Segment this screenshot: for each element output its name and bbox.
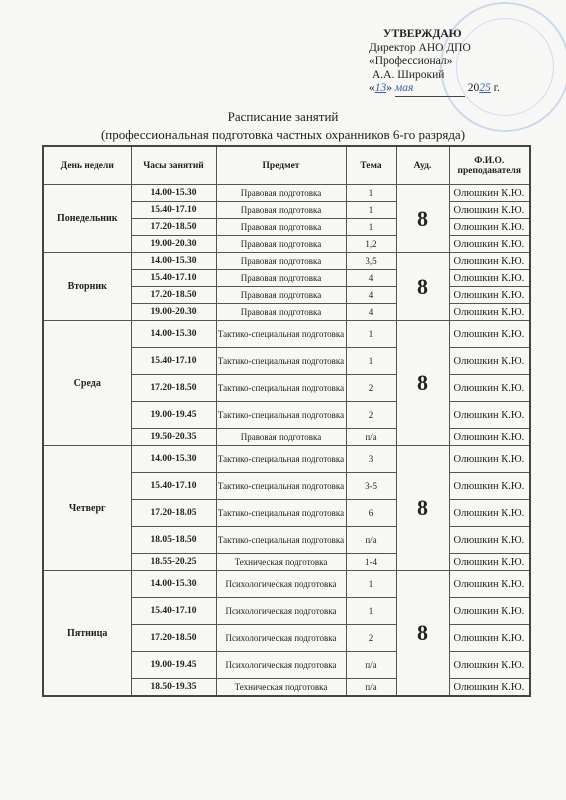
topic-cell: 1: [346, 321, 396, 348]
time-cell: 17.20-18.50: [131, 219, 216, 236]
teacher-cell: Олюшкин К.Ю.: [449, 304, 530, 321]
topic-cell: 2: [346, 402, 396, 429]
subject-cell: Тактико-специальная подготовка: [216, 348, 346, 375]
teacher-cell: Олюшкин К.Ю.: [449, 185, 530, 202]
time-cell: 18.50-19.35: [131, 679, 216, 697]
approval-block: УТВЕРЖДАЮ Директор АНО ДПО «Профессионал…: [369, 28, 500, 97]
topic-cell: п/а: [346, 652, 396, 679]
table-row: Пятница14.00-15.30Психологическая подгот…: [43, 571, 530, 598]
topic-cell: 1: [346, 598, 396, 625]
time-cell: 18.05-18.50: [131, 527, 216, 554]
topic-cell: 1,2: [346, 236, 396, 253]
time-cell: 17.20-18.05: [131, 500, 216, 527]
room-cell: 8: [396, 321, 449, 446]
topic-cell: 4: [346, 287, 396, 304]
teacher-cell: Олюшкин К.Ю.: [449, 202, 530, 219]
approval-heading: УТВЕРЖДАЮ: [383, 28, 500, 42]
day-cell: Вторник: [43, 253, 131, 321]
room-cell: 8: [396, 185, 449, 253]
room-cell: 8: [396, 571, 449, 697]
topic-cell: 4: [346, 304, 396, 321]
teacher-cell: Олюшкин К.Ю.: [449, 446, 530, 473]
subject-cell: Психологическая подготовка: [216, 598, 346, 625]
time-cell: 14.00-15.30: [131, 321, 216, 348]
approver-name: А.А. Широкий: [372, 69, 500, 83]
time-cell: 19.00-20.30: [131, 304, 216, 321]
time-cell: 18.55-20.25: [131, 554, 216, 571]
teacher-cell: Олюшкин К.Ю.: [449, 375, 530, 402]
teacher-cell: Олюшкин К.Ю.: [449, 652, 530, 679]
subject-cell: Тактико-специальная подготовка: [216, 527, 346, 554]
teacher-cell: Олюшкин К.Ю.: [449, 253, 530, 270]
subject-cell: Тактико-специальная подготовка: [216, 500, 346, 527]
schedule-table: День неделиЧасы занятийПредметТемаАуд.Ф.…: [42, 145, 531, 697]
table-row: Среда14.00-15.30Тактико-специальная подг…: [43, 321, 530, 348]
teacher-cell: Олюшкин К.Ю.: [449, 236, 530, 253]
header-topic: Тема: [346, 146, 396, 185]
day-cell: Понедельник: [43, 185, 131, 253]
table-row: Вторник14.00-15.30Правовая подготовка3,5…: [43, 253, 530, 270]
day-cell: Пятница: [43, 571, 131, 697]
table-row: Четверг14.00-15.30Тактико-специальная по…: [43, 446, 530, 473]
teacher-cell: Олюшкин К.Ю.: [449, 679, 530, 697]
table-row: Понедельник14.00-15.30Правовая подготовк…: [43, 185, 530, 202]
topic-cell: 4: [346, 270, 396, 287]
topic-cell: 3: [346, 446, 396, 473]
approval-day: 13: [375, 82, 387, 94]
subject-cell: Техническая подготовка: [216, 554, 346, 571]
time-cell: 17.20-18.50: [131, 287, 216, 304]
subject-cell: Правовая подготовка: [216, 236, 346, 253]
topic-cell: п/а: [346, 527, 396, 554]
teacher-cell: Олюшкин К.Ю.: [449, 270, 530, 287]
subject-cell: Тактико-специальная подготовка: [216, 375, 346, 402]
time-cell: 19.00-19.45: [131, 652, 216, 679]
approver-position: Директор АНО ДПО: [369, 42, 500, 56]
document-subtitle: (профессиональная подготовка частных охр…: [0, 127, 566, 143]
teacher-cell: Олюшкин К.Ю.: [449, 287, 530, 304]
time-cell: 17.20-18.50: [131, 625, 216, 652]
topic-cell: 6: [346, 500, 396, 527]
subject-cell: Техническая подготовка: [216, 679, 346, 697]
teacher-cell: Олюшкин К.Ю.: [449, 402, 530, 429]
topic-cell: 1: [346, 219, 396, 236]
time-cell: 15.40-17.10: [131, 202, 216, 219]
room-cell: 8: [396, 253, 449, 321]
subject-cell: Тактико-специальная подготовка: [216, 402, 346, 429]
document-title: Расписание занятий: [0, 109, 566, 125]
subject-cell: Правовая подготовка: [216, 304, 346, 321]
approval-year: 25: [479, 82, 491, 94]
subject-cell: Правовая подготовка: [216, 429, 346, 446]
topic-cell: 1: [346, 202, 396, 219]
time-cell: 19.00-20.30: [131, 236, 216, 253]
subject-cell: Правовая подготовка: [216, 185, 346, 202]
header-day: День недели: [43, 146, 131, 185]
header-subject: Предмет: [216, 146, 346, 185]
subject-cell: Тактико-специальная подготовка: [216, 473, 346, 500]
teacher-cell: Олюшкин К.Ю.: [449, 429, 530, 446]
subject-cell: Психологическая подготовка: [216, 571, 346, 598]
teacher-cell: Олюшкин К.Ю.: [449, 219, 530, 236]
table-body: Понедельник14.00-15.30Правовая подготовк…: [43, 185, 530, 697]
subject-cell: Правовая подготовка: [216, 270, 346, 287]
approval-date: «13» мая 2025 г.: [369, 82, 500, 97]
subject-cell: Психологическая подготовка: [216, 652, 346, 679]
time-cell: 19.50-20.35: [131, 429, 216, 446]
topic-cell: 3,5: [346, 253, 396, 270]
subject-cell: Правовая подготовка: [216, 253, 346, 270]
time-cell: 15.40-17.10: [131, 270, 216, 287]
teacher-cell: Олюшкин К.Ю.: [449, 598, 530, 625]
topic-cell: 1: [346, 348, 396, 375]
day-cell: Среда: [43, 321, 131, 446]
time-cell: 15.40-17.10: [131, 348, 216, 375]
day-cell: Четверг: [43, 446, 131, 571]
time-cell: 14.00-15.30: [131, 571, 216, 598]
table-header-row: День неделиЧасы занятийПредметТемаАуд.Ф.…: [43, 146, 530, 185]
subject-cell: Правовая подготовка: [216, 219, 346, 236]
time-cell: 15.40-17.10: [131, 598, 216, 625]
teacher-cell: Олюшкин К.Ю.: [449, 500, 530, 527]
topic-cell: 1: [346, 185, 396, 202]
header-room: Ауд.: [396, 146, 449, 185]
topic-cell: 2: [346, 375, 396, 402]
subject-cell: Тактико-специальная подготовка: [216, 321, 346, 348]
approval-month: мая: [395, 82, 465, 97]
time-cell: 14.00-15.30: [131, 185, 216, 202]
time-cell: 15.40-17.10: [131, 473, 216, 500]
teacher-cell: Олюшкин К.Ю.: [449, 473, 530, 500]
topic-cell: 1-4: [346, 554, 396, 571]
time-cell: 19.00-19.45: [131, 402, 216, 429]
subject-cell: Психологическая подготовка: [216, 625, 346, 652]
header-hours: Часы занятий: [131, 146, 216, 185]
header-teacher: Ф.И.О. преподавателя: [449, 146, 530, 185]
approver-organization: «Профессионал»: [369, 55, 500, 69]
room-cell: 8: [396, 446, 449, 571]
time-cell: 17.20-18.50: [131, 375, 216, 402]
subject-cell: Тактико-специальная подготовка: [216, 446, 346, 473]
teacher-cell: Олюшкин К.Ю.: [449, 348, 530, 375]
teacher-cell: Олюшкин К.Ю.: [449, 321, 530, 348]
teacher-cell: Олюшкин К.Ю.: [449, 571, 530, 598]
topic-cell: п/а: [346, 679, 396, 697]
topic-cell: 1: [346, 571, 396, 598]
topic-cell: 2: [346, 625, 396, 652]
topic-cell: п/а: [346, 429, 396, 446]
teacher-cell: Олюшкин К.Ю.: [449, 527, 530, 554]
teacher-cell: Олюшкин К.Ю.: [449, 554, 530, 571]
subject-cell: Правовая подготовка: [216, 202, 346, 219]
time-cell: 14.00-15.30: [131, 446, 216, 473]
topic-cell: 3-5: [346, 473, 396, 500]
teacher-cell: Олюшкин К.Ю.: [449, 625, 530, 652]
time-cell: 14.00-15.30: [131, 253, 216, 270]
subject-cell: Правовая подготовка: [216, 287, 346, 304]
